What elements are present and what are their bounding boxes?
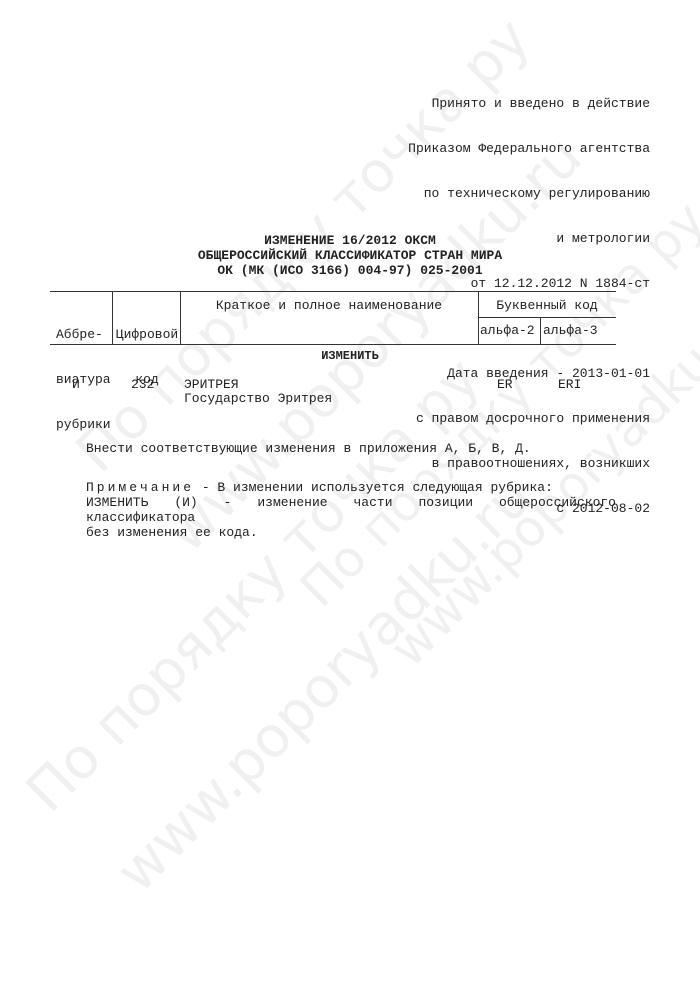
row-alpha3: ERI: [558, 377, 581, 392]
header-alpha3: альфа-3: [543, 323, 598, 338]
note-intro: - В изменении используется следующая руб…: [194, 480, 553, 495]
title-line: ОК (МК (ИСО 3166) 004-97) 025-2001: [0, 263, 700, 278]
note-first-line: Примечание - В изменении используется сл…: [86, 480, 616, 495]
table-header: Аббре- виатура рубрики Цифровой код Крат…: [50, 291, 616, 345]
header-name: Краткое и полное наименование: [180, 298, 478, 313]
approval-order: от 12.12.2012 N 1884-ст: [408, 276, 650, 291]
section-label: ИЗМЕНИТЬ: [0, 349, 700, 364]
header-abbr: Аббре- виатура рубрики: [56, 297, 111, 462]
title-line: ОБЩЕРОССИЙСКИЙ КЛАССИФИКАТОР СТРАН МИРА: [0, 248, 700, 263]
header-alpha2: альфа-2: [480, 323, 535, 338]
row-full-name: Государство Эритрея: [184, 391, 332, 406]
effective-date: Дата введения - 2013-01-01: [408, 366, 650, 381]
row-alpha2: ER: [497, 377, 513, 392]
approval-line: по техническому регулированию: [408, 186, 650, 201]
document-title: ИЗМЕНЕНИЕ 16/2012 ОКСМ ОБЩЕРОССИЙСКИЙ КЛ…: [0, 233, 700, 278]
note-definition-end: без изменения ее кода.: [86, 525, 616, 540]
document-page: Принято и введено в действие Приказом Фе…: [0, 0, 700, 990]
row-abbr: И: [72, 377, 80, 392]
effective-line: с правом досрочного применения: [408, 411, 650, 426]
approval-line: Принято и введено в действие: [408, 96, 650, 111]
approval-line: Приказом Федерального агентства: [408, 141, 650, 156]
note-definition: ИЗМЕНИТЬ (И) - изменение части позиции о…: [86, 495, 616, 525]
header-letter-code: Буквенный код: [478, 298, 616, 313]
title-line: ИЗМЕНЕНИЕ 16/2012 ОКСМ: [0, 233, 700, 248]
effective-line: в правоотношениях, возникших: [408, 456, 650, 471]
note-block: Примечание - В изменении используется сл…: [86, 480, 616, 540]
instruction-text: Внести соответствующие изменения в прило…: [86, 441, 531, 456]
note-label: Примечание: [86, 480, 194, 495]
row-short-name: ЭРИТРЕЯ: [184, 377, 239, 392]
row-code: 232: [131, 377, 154, 392]
